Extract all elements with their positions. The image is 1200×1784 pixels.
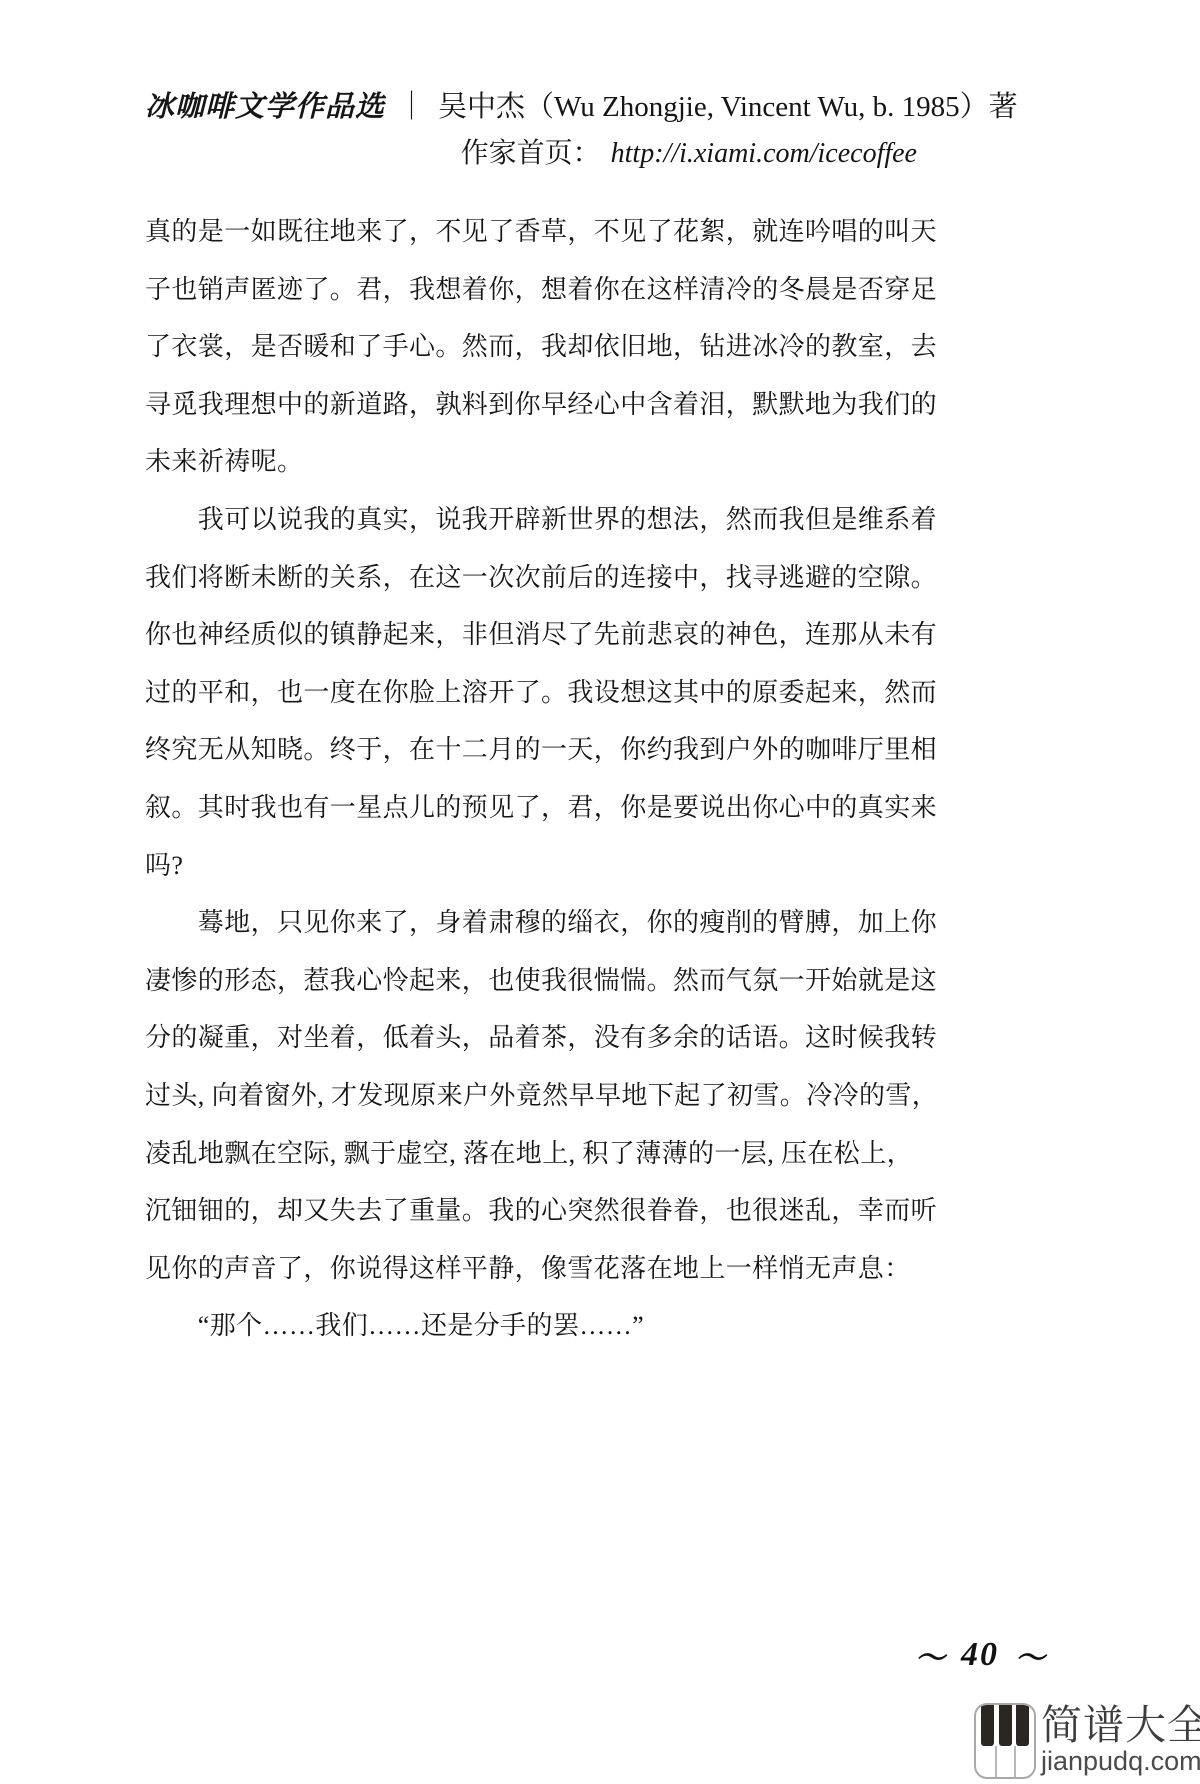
text-line: 未来祈祷呢。 <box>145 433 935 491</box>
piano-keys-icon <box>974 1703 1036 1779</box>
page-number: ～ 40 ～ <box>900 1633 1060 1677</box>
text-line: 我们将断未断的关系，在这一次次前后的连接中，找寻逃避的空隙。 <box>145 549 935 607</box>
text-line: 叙。其时我也有一星点儿的预见了，君，你是要说出你心中的真实来 <box>145 779 935 837</box>
homepage-label: 作家首页： <box>461 138 601 169</box>
text-line: 过的平和，也一度在你脸上溶开了。我设想这其中的原委起来，然而 <box>145 664 935 722</box>
piano-key-divider <box>1014 1746 1016 1777</box>
paragraph-2: 我可以说我的真实，说我开辟新世界的想法，然而我但是维系着我们将断未断的关系，在这… <box>145 491 935 894</box>
book-title: 冰咖啡文学作品选 <box>145 91 385 123</box>
text-line: 终究无从知晓。终于，在十二月的一天，你约我到户外的咖啡厅里相 <box>145 721 935 779</box>
paragraph-1: 真的是一如既往地来了，不见了香草，不见了花絮，就连吟唱的叫天子也销声匿迹了。君，… <box>145 203 935 491</box>
book-author: 吴中杰（Wu Zhongjie, Vincent Wu, b. 1985）著 <box>438 91 1018 123</box>
author-homepage: 作家首页：http://i.xiami.com/icecoffee <box>145 131 917 171</box>
book-header: 冰咖啡文学作品选｜吴中杰（Wu Zhongjie, Vincent Wu, b.… <box>145 84 935 125</box>
text-line: 过头, 向着窗外, 才发现原来户外竟然早早地下起了初雪。冷冷的雪， <box>145 1067 935 1125</box>
text-line: 真的是一如既往地来了，不见了香草，不见了花絮，就连吟唱的叫天 <box>145 203 935 261</box>
text-line: 凄惨的形态，惹我心怜起来，也使我很惴惴。然而气氛一开始就是这 <box>145 952 935 1010</box>
text-line: 我可以说我的真实，说我开辟新世界的想法，然而我但是维系着 <box>145 491 935 549</box>
text-line: 了衣裳，是否暖和了手心。然而，我却依旧地，钻进冰冷的教室，去 <box>145 318 935 376</box>
text-line: 蓦地，只见你来了，身着肃穆的缁衣，你的瘦削的臂膊，加上你 <box>145 894 935 952</box>
page-number-value: 40 <box>961 1636 999 1674</box>
text-line: 分的凝重，对坐着，低着头，品着茶，没有多余的话语。这时候我转 <box>145 1009 935 1067</box>
piano-black-key <box>981 1705 994 1746</box>
page-number-tilde-right: ～ <box>1015 1633 1045 1677</box>
page-number-tilde-left: ～ <box>915 1633 945 1677</box>
paragraph-4: “那个……我们……还是分手的罢……” <box>145 1297 935 1355</box>
piano-key-divider <box>995 1746 997 1777</box>
homepage-url: http://i.xiami.com/icecoffee <box>601 138 917 169</box>
text-line: 凌乱地飘在空际, 飘于虚空, 落在地上, 积了薄薄的一层, 压在松上， <box>145 1125 935 1183</box>
watermark-site-name: 简谱大全 <box>1041 1703 1200 1747</box>
header-separator: ｜ <box>385 91 438 123</box>
body-text: 真的是一如既往地来了，不见了香草，不见了花絮，就连吟唱的叫天子也销声匿迹了。君，… <box>145 203 935 1355</box>
paragraph-3: 蓦地，只见你来了，身着肃穆的缁衣，你的瘦削的臂膊，加上你凄惨的形态，惹我心怜起来… <box>145 894 935 1297</box>
watermark-site-domain: jianpudq.com <box>1041 1747 1200 1776</box>
text-line: 你也神经质似的镇静起来，非但消尽了先前悲哀的神色，连那从未有 <box>145 606 935 664</box>
site-watermark: 简谱大全 jianpudq.com <box>974 1703 1200 1779</box>
text-line: 见你的声音了，你说得这样平静，像雪花落在地上一样悄无声息： <box>145 1240 935 1298</box>
document-page: 冰咖啡文学作品选｜吴中杰（Wu Zhongjie, Vincent Wu, b.… <box>0 0 1200 1784</box>
text-line: 沉钿钿的，却又失去了重量。我的心突然很眷眷，也很迷乱，幸而听 <box>145 1182 935 1240</box>
text-line: 吗? <box>145 837 935 895</box>
text-line: 寻觅我理想中的新道路，孰料到你早经心中含着泪，默默地为我们的 <box>145 376 935 434</box>
text-line: 子也销声匿迹了。君，我想着你，想着你在这样清冷的冬晨是否穿足 <box>145 261 935 319</box>
watermark-text: 简谱大全 jianpudq.com <box>1041 1703 1200 1776</box>
piano-black-key <box>1016 1705 1029 1746</box>
piano-black-key <box>999 1705 1012 1746</box>
text-line: “那个……我们……还是分手的罢……” <box>145 1297 935 1355</box>
